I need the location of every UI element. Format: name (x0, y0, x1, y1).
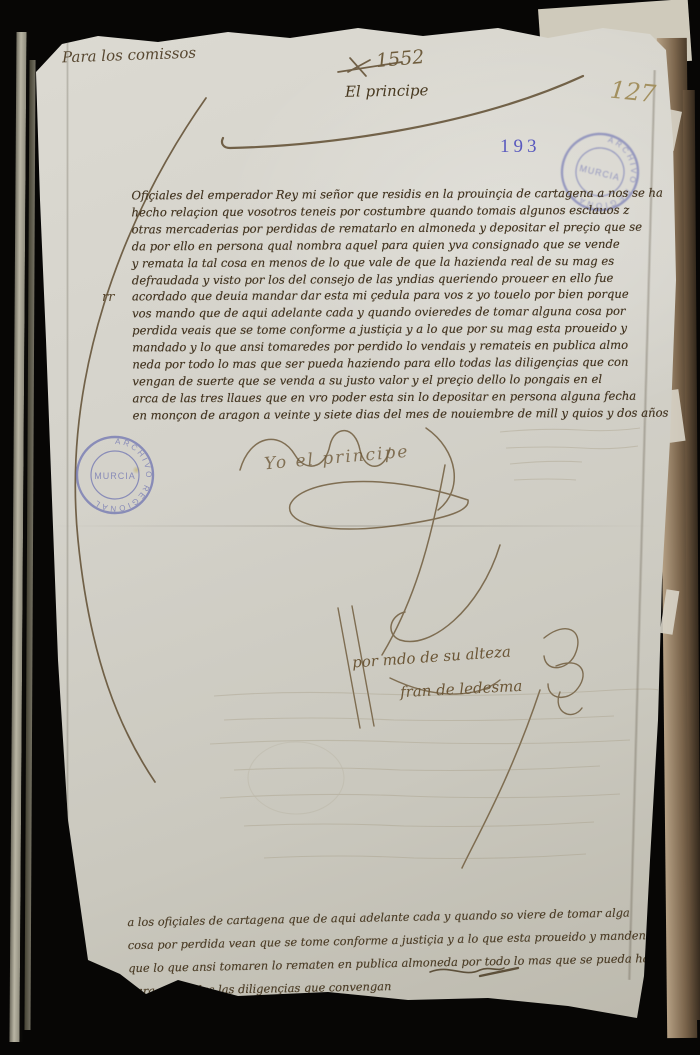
archive-stamp-icon: ARCHIVO REGIONAL MURCIA (73, 433, 157, 517)
heading-el-principe: El principe (345, 81, 429, 100)
docket-text-block: a los ofiçiales de cartagena que de aqui… (127, 901, 668, 1003)
manuscript-page: ARCHIVO REGIONAL MURCIA ARCHIVO REGIONAL… (28, 20, 676, 1020)
year-annotation: 1552 (375, 46, 425, 72)
photograph-background: ARCHIVO REGIONAL MURCIA ARCHIVO REGIONAL… (0, 0, 700, 1055)
paper-stain (34, 450, 48, 462)
main-text-block: Ofiçiales del emperador Rey mi señor que… (131, 185, 668, 424)
stamp-number: 193 (500, 136, 541, 158)
secretary-signature-line1: por mdo de su alteza (352, 642, 512, 671)
secretary-signature-line2: fran de ledesma (400, 677, 523, 701)
margin-mark: rr (102, 290, 114, 305)
page-crease (66, 40, 69, 1000)
text-line: y remata la tal cosa en menos de lo que … (132, 252, 668, 272)
folio-number: 127 (609, 76, 657, 109)
page-crease (48, 525, 658, 527)
royal-signature: Yo el principe (263, 442, 410, 475)
bleed-through-marks (210, 428, 658, 859)
archive-note: Para los comissos (62, 44, 197, 67)
text-line: en monçon de aragon a veinte y siete dia… (133, 404, 669, 424)
stamp-center-text: MURCIA (578, 163, 621, 183)
stamp-center-text: MURCIA (94, 471, 136, 481)
